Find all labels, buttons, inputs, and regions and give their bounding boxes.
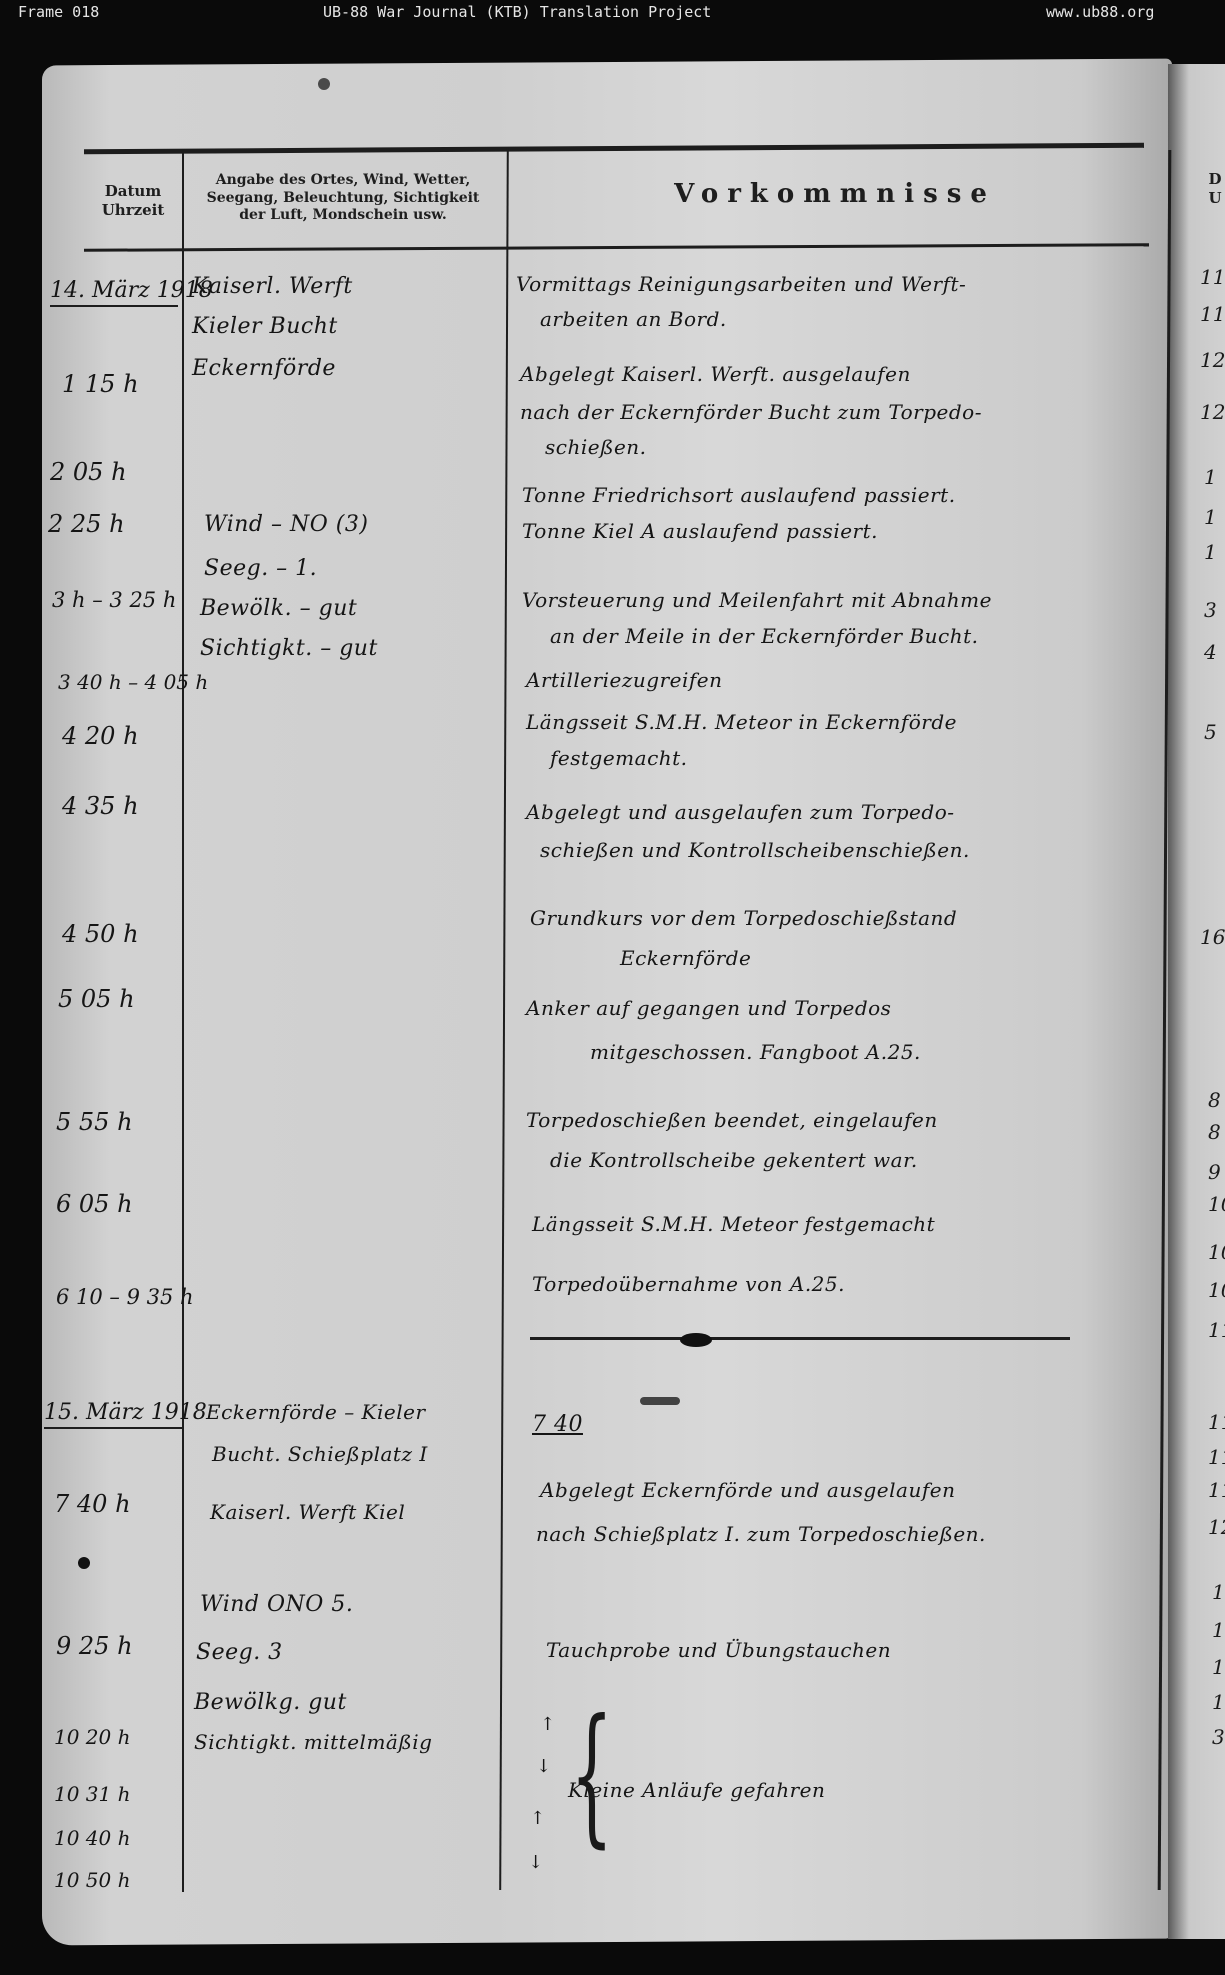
day-date: 15. März 1918 (44, 1400, 182, 1429)
project-title: UB-88 War Journal (KTB) Translation Proj… (323, 3, 711, 21)
up-arrow-mark: ↑ (540, 1714, 556, 1735)
ink-smear (640, 1397, 680, 1405)
microfilm-banner: Frame 018 UB-88 War Journal (KTB) Transl… (0, 0, 1225, 26)
event-line: schießen. (545, 435, 647, 459)
ink-dot (78, 1557, 90, 1569)
event-line: Artilleriezugreifen (526, 668, 723, 692)
place-entry: Kieler Bucht (192, 314, 338, 339)
event-line: Tauchprobe und Übungstauchen (546, 1638, 891, 1662)
entry-time: 2 25 h (48, 510, 125, 538)
event-line: arbeiten an Bord. (540, 307, 727, 331)
entry-time: 4 20 h (62, 722, 139, 750)
day-separator (530, 1337, 1070, 1340)
ink-blot (680, 1333, 712, 1347)
weather-entry: Sichtigkt. mittelmäßig (194, 1730, 432, 1754)
entry-time: 6 10 – 9 35 h (56, 1285, 194, 1309)
event-line: Grundkurs vor dem Torpedoschießstand (530, 906, 957, 930)
event-line: schießen und Kontrollscheibenschießen. (540, 838, 970, 862)
event-line: nach Schießplatz I. zum Torpedoschießen. (536, 1522, 986, 1546)
entry-time: 1 15 h (62, 370, 139, 398)
event-line: Längsseit S.M.H. Meteor in Eckernförde (526, 710, 957, 734)
next-page-header-fragment: D U (1205, 170, 1225, 208)
event-line: Längsseit S.M.H. Meteor festgemacht (532, 1212, 935, 1236)
place-entry: Eckernförde – Kieler (206, 1400, 426, 1424)
event-line: die Kontrollscheibe gekentert war. (550, 1148, 918, 1172)
event-line: Eckernförde (620, 946, 751, 970)
event-line: Abgelegt Kaiserl. Werft. ausgelaufen (520, 362, 911, 386)
down-arrow-mark: ↓ (528, 1852, 544, 1873)
event-line: Abgelegt und ausgelaufen zum Torpedo- (526, 800, 955, 824)
weather-entry: Seeg. – 1. (204, 556, 317, 581)
place-entry: Eckernförde (192, 356, 336, 381)
header-events: Vorkommnisse (510, 178, 1160, 211)
frame-label: Frame 018 (18, 3, 99, 21)
entry-time: 9 25 h (56, 1632, 133, 1660)
event-line: Abgelegt Eckernförde und ausgelaufen (540, 1478, 955, 1502)
event-line: Anker auf gegangen und Torpedos (526, 996, 891, 1020)
curly-brace: { (570, 1700, 613, 1850)
entry-time: 5 55 h (56, 1108, 133, 1136)
entry-time: 7 40 h (54, 1490, 131, 1518)
entry-time: 10 40 h (54, 1826, 131, 1850)
event-line: nach der Eckernförder Bucht zum Torpedo- (520, 400, 982, 424)
weather-entry: Bewölkg. gut (194, 1690, 347, 1715)
entry-time: 3 h – 3 25 h (52, 588, 176, 612)
event-line: Vorsteuerung und Meilenfahrt mit Abnahme (522, 588, 992, 612)
header-place-weather: Angabe des Ortes, Wind, Wetter, Seegang,… (186, 172, 500, 225)
entry-time: 10 50 h (54, 1868, 131, 1892)
weather-entry: Sichtigkt. – gut (200, 636, 378, 661)
weather-entry: Wind ONO 5. (200, 1592, 353, 1617)
entry-time: 4 35 h (62, 792, 139, 820)
entry-time: 5 05 h (58, 985, 135, 1013)
event-line: Tonne Friedrichsort auslaufend passiert. (522, 483, 956, 507)
event-line: Torpedoübernahme von A.25. (532, 1272, 845, 1296)
entry-time: 2 05 h (50, 458, 127, 486)
ink-dot (318, 78, 330, 90)
place-entry: Bucht. Schießplatz I (212, 1442, 428, 1466)
down-arrow-mark: ↓ (536, 1756, 552, 1777)
event-line: festgemacht. (550, 746, 688, 770)
day-date: 14. März 1918 (50, 278, 178, 307)
up-arrow-mark: ↑ (530, 1808, 546, 1829)
place-entry: Kaiserl. Werft (192, 274, 353, 299)
place-entry: Kaiserl. Werft Kiel (210, 1500, 405, 1524)
event-line: an der Meile in der Eckernförder Bucht. (550, 624, 979, 648)
event-line: Tonne Kiel A auslaufend passiert. (522, 519, 878, 543)
weather-entry: Bewölk. – gut (200, 596, 357, 621)
entry-time: 4 50 h (62, 920, 139, 948)
event-time-note: 7 40 (532, 1412, 583, 1437)
entry-time: 10 20 h (54, 1725, 131, 1749)
event-line: mitgeschossen. Fangboot A.25. (590, 1040, 921, 1064)
entry-time: 10 31 h (54, 1782, 131, 1806)
event-line: Vormittags Reinigungsarbeiten und Werft- (516, 272, 966, 296)
entry-time: 6 05 h (56, 1190, 133, 1218)
weather-entry: Wind – NO (3) (204, 512, 368, 537)
weather-entry: Seeg. 3 (196, 1640, 283, 1665)
site-url: www.ub88.org (1046, 3, 1154, 21)
event-line: Torpedoschießen beendet, eingelaufen (526, 1108, 938, 1132)
date-column-divider (182, 152, 184, 1892)
entry-time: 3 40 h – 4 05 h (58, 670, 208, 694)
header-date-time: Datum Uhrzeit (86, 182, 180, 220)
